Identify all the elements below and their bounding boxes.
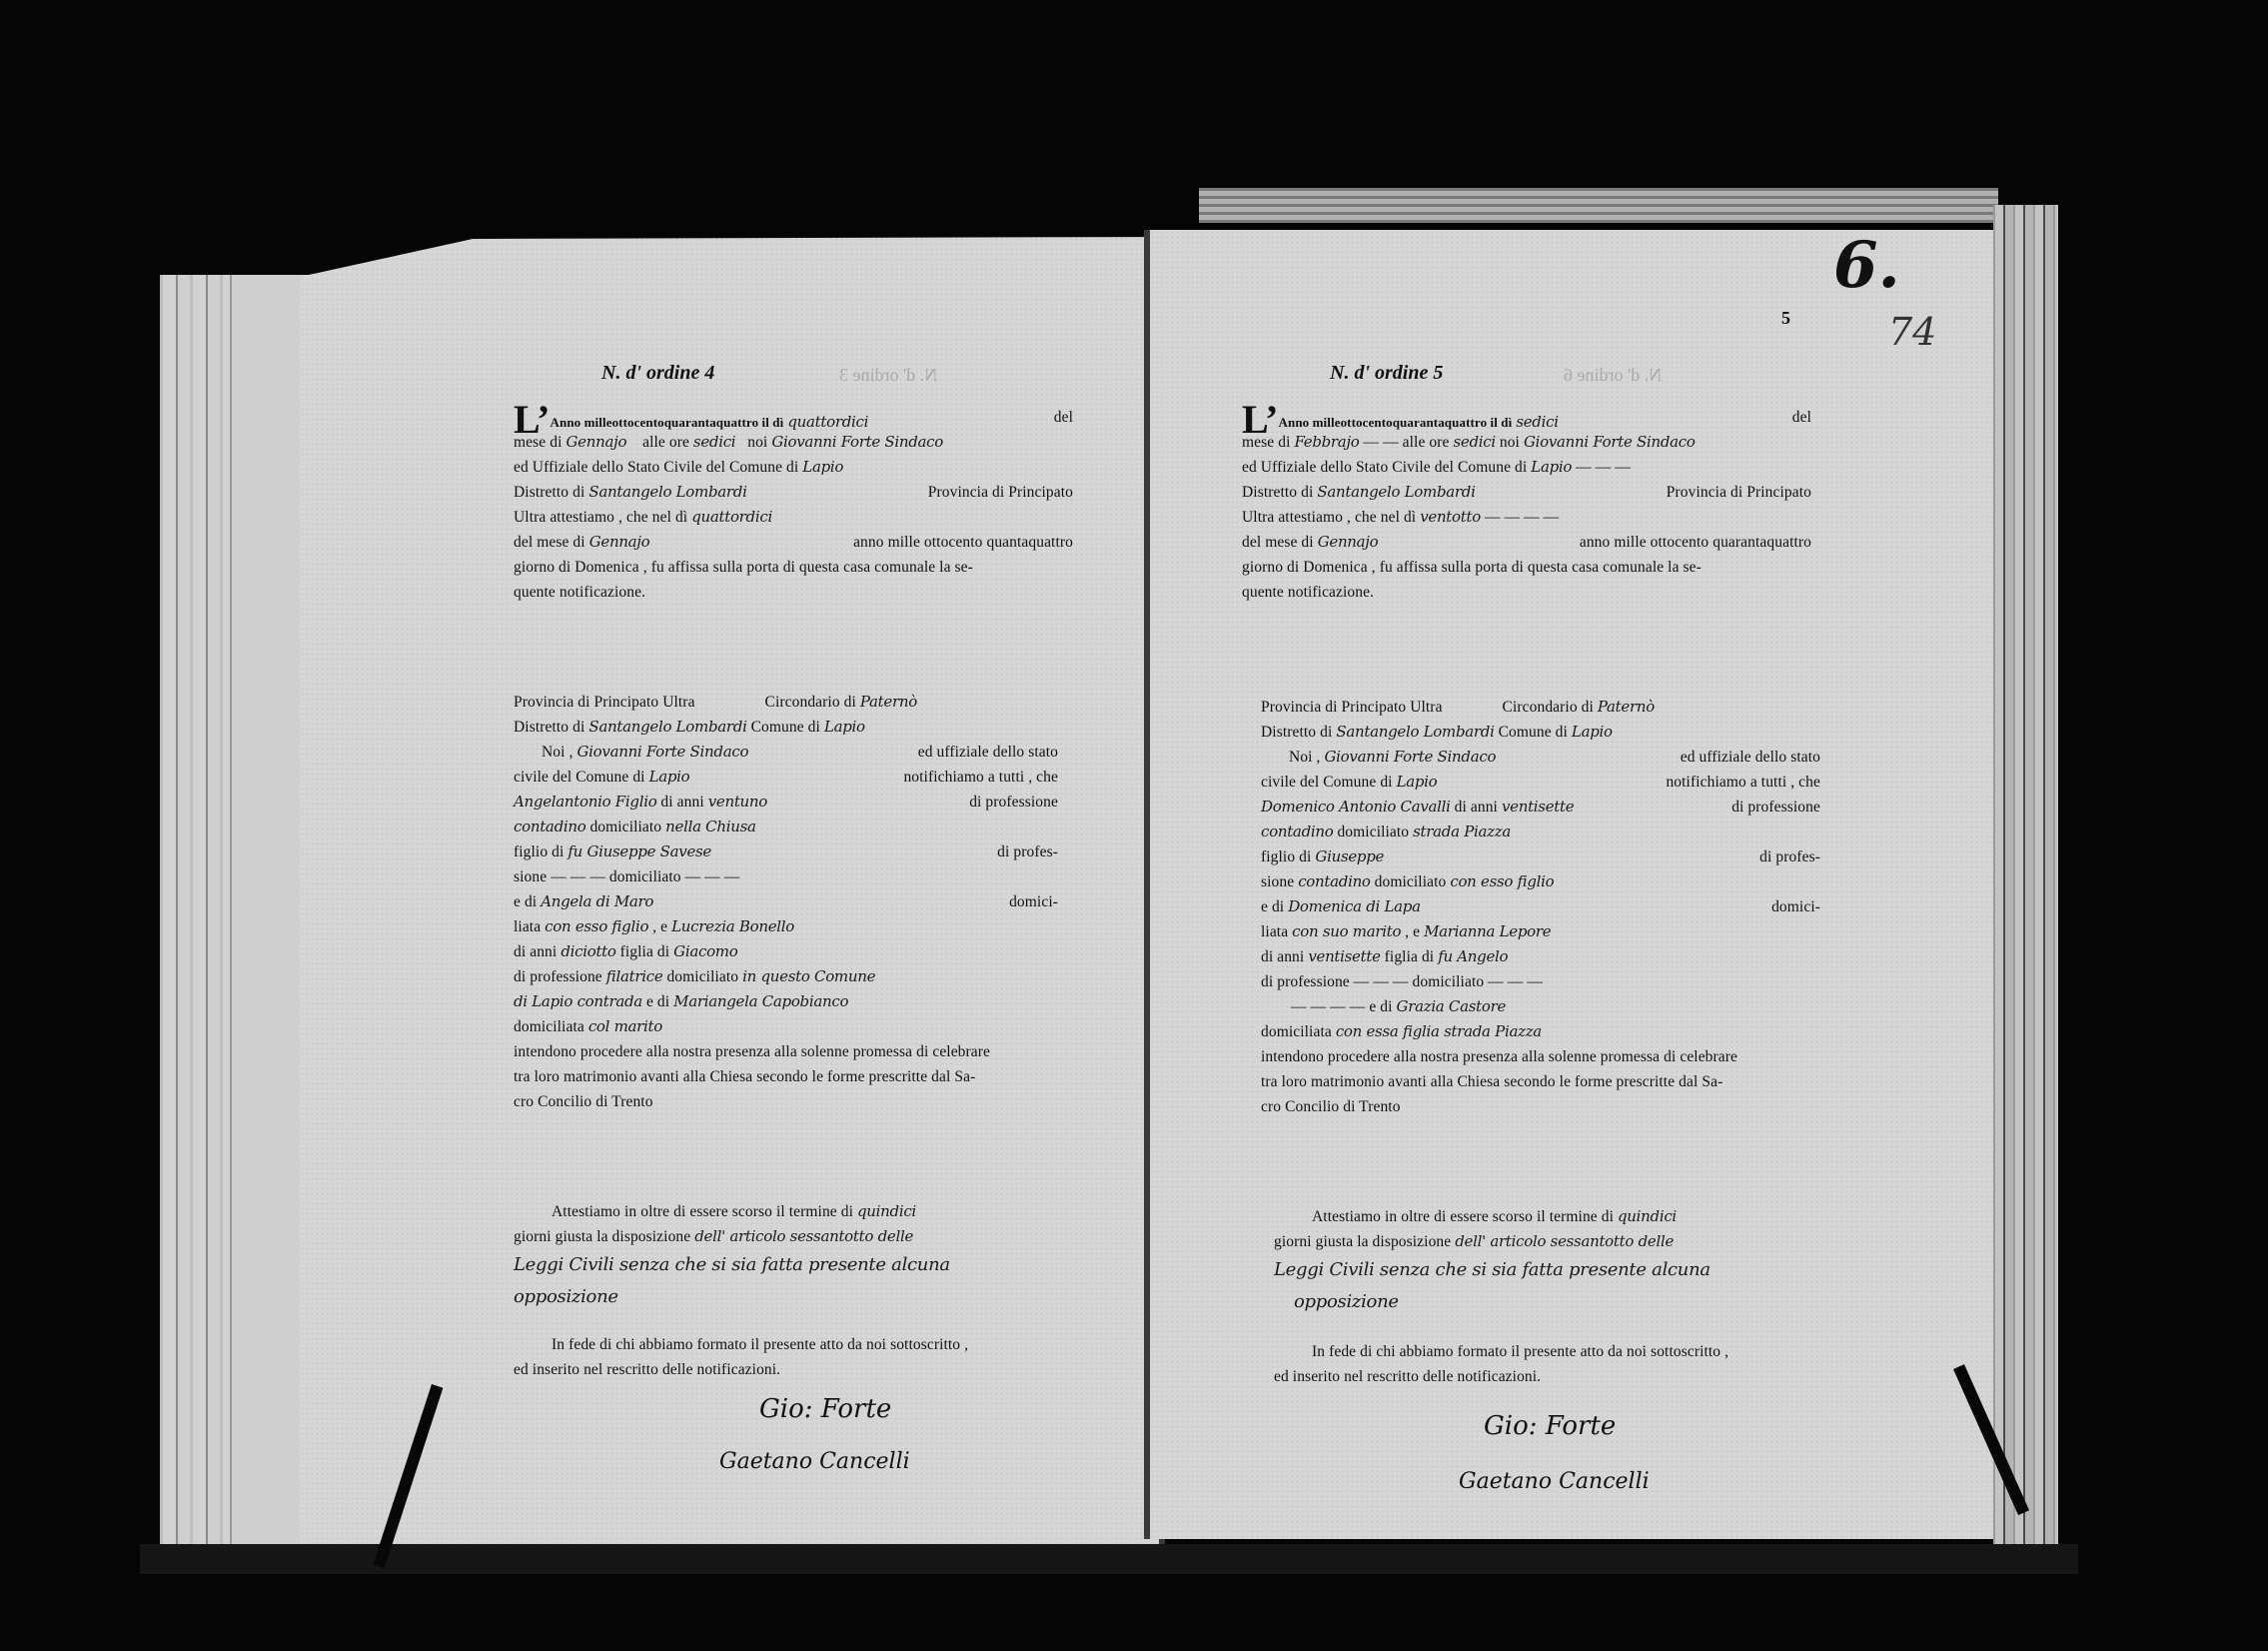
right-attestation-block: Attestiamo in oltre di essere scorso il … [1274,1204,1843,1318]
left-attestation-block: Attestiamo in oltre di essere scorso il … [514,1199,1073,1313]
right-ordine-label: N. d' ordine 5 [1330,362,1443,385]
right-signature-2: Gaetano Cancelli [1459,1469,1650,1494]
left-closing-block: In fede di chi abbiamo formato il presen… [514,1332,1073,1382]
left-page-flap [230,275,312,1549]
left-header-block: L’Anno milleottocentoquarantaquattro il … [514,405,1073,605]
left-signature-2: Gaetano Cancelli [719,1449,910,1474]
page-number: 5 [1781,308,1790,329]
left-signature-1: Gio: Forte [759,1394,891,1424]
left-ordine-label: N. d' ordine 4 [601,362,714,385]
left-bleed-through-label: N. d' ordine 3 [839,365,937,386]
top-page-edges [1199,188,1998,223]
folio-mark: 6. [1833,228,1900,303]
left-notification-block: Provincia di Principato UltraCircondario… [514,690,1058,1114]
right-closing-block: In fede di chi abbiamo formato il presen… [1274,1339,1843,1389]
right-page-edges [1993,205,2058,1549]
right-header-block: L’Anno milleottocentoquarantaquattro il … [1242,405,1811,605]
right-notification-block: Provincia di Principato UltraCircondario… [1261,695,1820,1119]
folio-number: 74 [1888,310,1936,354]
bottom-shadow [140,1544,2078,1574]
right-signature-1: Gio: Forte [1484,1411,1616,1441]
right-bleed-through-label: N. d' ordine 6 [1564,365,1662,386]
